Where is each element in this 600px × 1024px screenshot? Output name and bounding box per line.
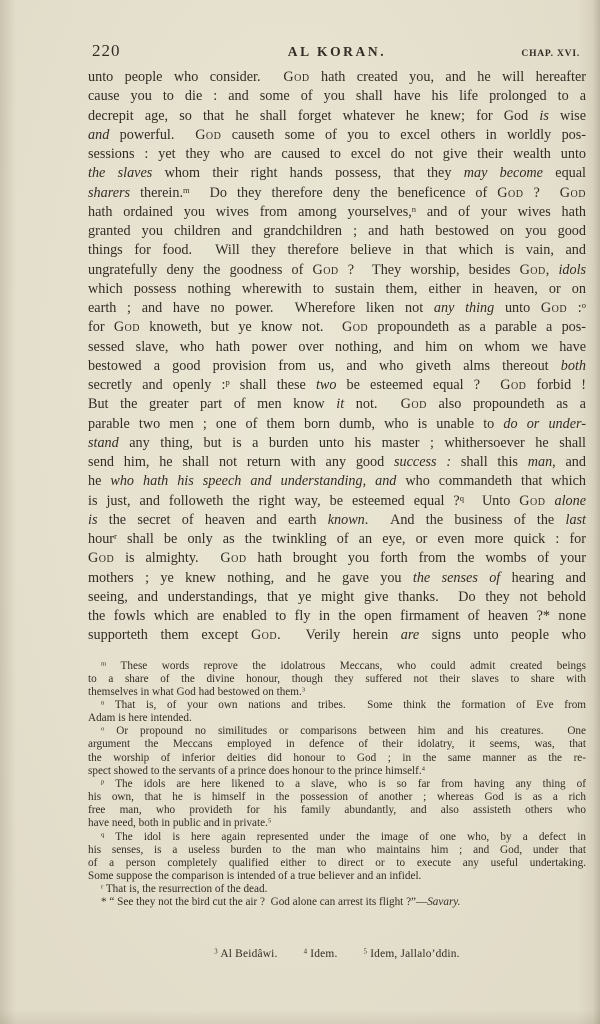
page-number: 220 — [92, 41, 121, 61]
text-line: which possess nothing wherewith to susta… — [88, 280, 586, 299]
footnote-line: o Or propound no similitudes or comparis… — [88, 725, 586, 738]
body-text: unto people who consider. God hath creat… — [88, 68, 586, 646]
text-block: 220 AL KORAN. CHAP. XVI. unto people who… — [88, 38, 586, 960]
footnote-line: argument the Meccans employed in defence… — [88, 738, 586, 751]
text-line: the fowls which are enabled to fly in th… — [88, 607, 586, 626]
chapter-label: CHAP. XVI. — [521, 49, 580, 59]
text-line: earth ; and have no power. Wherefore lik… — [88, 299, 586, 318]
footnote-line: * “ See they not the bird cut the air ? … — [88, 896, 586, 909]
footnote-line: n That is, of your own nations and tribe… — [88, 699, 586, 712]
text-line: cause you to die : and some of you shall… — [88, 87, 586, 106]
footnotes: m These words reprove the idolatrous Mec… — [88, 660, 586, 910]
text-line: unto people who consider. God hath creat… — [88, 68, 586, 87]
text-line: granted you children and grandchildren ;… — [88, 222, 586, 241]
text-line: decrepit age, so that he shall forget wh… — [88, 107, 586, 126]
text-line: secretly and openly :p shall these two b… — [88, 376, 586, 395]
footnote-line: his senses, is a useless burden to the m… — [88, 844, 586, 857]
text-line: parable two men ; one of them born dumb,… — [88, 415, 586, 434]
footnote-line: themselves in what God had bestowed on t… — [88, 686, 586, 699]
text-line: he who hath his speech and understanding… — [88, 472, 586, 491]
footnote-line: p The idols are here likened to a slave,… — [88, 778, 586, 791]
text-line: is the secret of heaven and earth known.… — [88, 511, 586, 530]
text-line: things for food. Will they therefore bel… — [88, 241, 586, 260]
text-line: stand any thing, but is a burden unto hi… — [88, 434, 586, 453]
text-line: and powerful. God causeth some of you to… — [88, 126, 586, 145]
text-line: God is almighty. God hath brought you fo… — [88, 549, 586, 568]
footnote-line: free man, who provideth for his family a… — [88, 804, 586, 817]
text-line: hath ordained you wives from among yours… — [88, 203, 586, 222]
footnote-line: have need, both in public and in private… — [88, 817, 586, 830]
footnote-line: the worship of inferior deities did hono… — [88, 752, 586, 765]
footnote-line: q The idol is here again represented und… — [88, 831, 586, 844]
reference-item: 3 Al Beidâwi. — [214, 948, 277, 960]
text-line: sessed slave, who hath power over nothin… — [88, 338, 586, 357]
footnote-line: spect showed to the servants of a prince… — [88, 765, 586, 778]
references-line: 3 Al Beidâwi.4 Idem.5 Idem, Jallalo’ddin… — [88, 948, 586, 960]
text-line: the slaves whom their right hands posses… — [88, 164, 586, 183]
text-line: sharers therein.m Do they therefore deny… — [88, 184, 586, 203]
text-line: mothers ; ye knew nothing, and he gave y… — [88, 569, 586, 588]
page-header: 220 AL KORAN. CHAP. XVI. — [88, 38, 586, 61]
text-line: sessions : yet they who are caused to ex… — [88, 145, 586, 164]
text-line: bestowed a good provision from us, and w… — [88, 357, 586, 376]
running-title: AL KORAN. — [288, 44, 386, 60]
footnote-line: of a person completely qualified either … — [88, 857, 586, 870]
text-line: ungratefully deny the goodness of God ? … — [88, 261, 586, 280]
text-line: send him, he shall not return with any g… — [88, 453, 586, 472]
footnote-line: m These words reprove the idolatrous Mec… — [88, 660, 586, 673]
reference-item: 4 Idem. — [304, 948, 338, 960]
footnote-line: Some suppose the comparison is intended … — [88, 870, 586, 883]
text-line: hourr shall be only as the twinkling of … — [88, 530, 586, 549]
reference-item: 5 Idem, Jallalo’ddin. — [364, 948, 460, 960]
footnote-line: Adam is here intended. — [88, 712, 586, 725]
text-line: But the greater part of men know it not.… — [88, 395, 586, 414]
scanned-book-page: { "colors": { "paper": "#e9e4d1", "ink":… — [0, 0, 600, 1024]
footnote-line: r That is, the resurrection of the dead. — [88, 883, 586, 896]
text-line: supporteth them except God. Verily herei… — [88, 626, 586, 645]
text-line: seeing, and understandings, that ye migh… — [88, 588, 586, 607]
footnote-line: to a share of the divine honour, though … — [88, 673, 586, 686]
text-line: is just, and followeth the right way, be… — [88, 492, 586, 511]
footnote-line: his own, that he is himself in the posse… — [88, 791, 586, 804]
text-line: for God knoweth, but ye know not. God pr… — [88, 318, 586, 337]
